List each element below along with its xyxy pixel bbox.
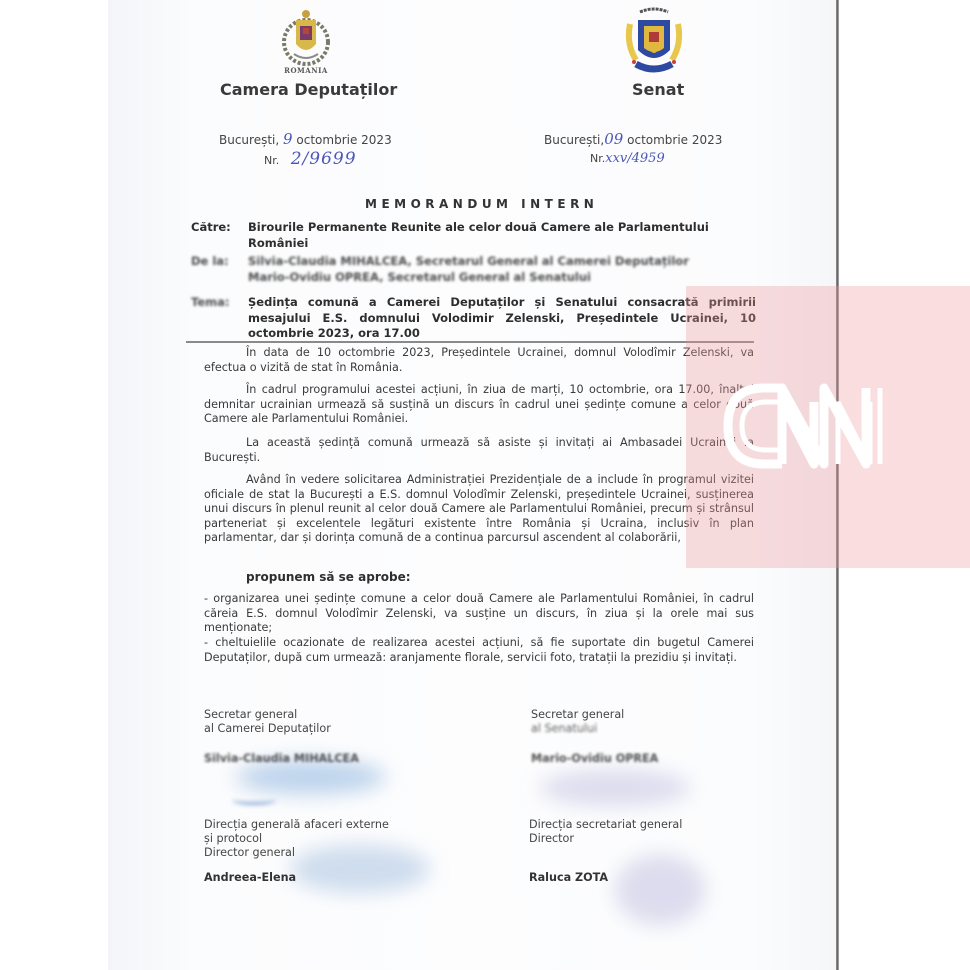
- date-camera: București, 9 octombrie 2023: [219, 130, 392, 148]
- proposal-heading: propunem să se aprobe:: [246, 570, 411, 584]
- institution-senat: Senat: [632, 80, 684, 99]
- handwritten-day: 9: [283, 130, 293, 148]
- proposal-item: - cheltuielile ocazionate de realizarea …: [204, 636, 754, 665]
- paragraph: În cadrul programului acestei acțiuni, î…: [204, 383, 754, 427]
- handwritten-number: xxv/4959: [605, 151, 664, 166]
- institution-camera-deputatilor: Camera Deputaților: [220, 80, 397, 99]
- paragraph: La această ședință comună urmează să asi…: [204, 436, 754, 465]
- tema-value: Ședința comună a Camerei Deputaților și …: [248, 295, 756, 342]
- director-title-camera: Direcția generală afaceri externe și pro…: [204, 818, 389, 860]
- logo-caption: ROMANIA: [276, 66, 336, 75]
- cnn-logo-icon: [720, 378, 930, 474]
- signatory-name-camera: Silvia-Claudia MIHALCEA: [204, 752, 359, 766]
- cnn-watermark: [686, 286, 970, 568]
- separator-line: [186, 341, 754, 343]
- handwritten-number: 2/9699: [291, 149, 357, 169]
- signatory-title-camera: Secretar general al Camerei Deputaților: [204, 708, 331, 736]
- signatory-title-senat: Secretar general al Senatului: [531, 708, 624, 736]
- romania-coat-of-arms-icon: [276, 6, 336, 74]
- catre-label: Către:: [191, 220, 231, 234]
- signatory-name-senat: Mario-Ovidiu OPREA: [531, 752, 658, 766]
- registration-number-camera: Nr. 2/9699: [264, 149, 357, 169]
- paragraph: Având în vedere solicitarea Administrați…: [204, 473, 754, 546]
- senat-coat-of-arms-icon: [622, 4, 686, 78]
- signature-stroke: [232, 795, 276, 805]
- tema-label: Tema:: [191, 295, 229, 309]
- director-name-camera: Andreea-Elena: [204, 871, 296, 885]
- paragraph: În data de 10 octombrie 2023, Președinte…: [204, 346, 754, 375]
- signature-blur: [540, 770, 690, 806]
- catre-value: Birourile Permanente Reunite ale celor d…: [248, 220, 768, 251]
- date-senat: București,09 octombrie 2023: [544, 130, 722, 148]
- proposal-item: - organizarea unei ședințe comune a celo…: [204, 592, 754, 636]
- dela-value: Silvia-Claudia MIHALCEA, Secretarul Gene…: [248, 254, 768, 285]
- director-name-senat: Raluca ZOTA: [529, 871, 608, 885]
- handwritten-day: 09: [604, 130, 623, 148]
- signature-blur: [615, 855, 705, 925]
- registration-number-senat: Nr.xxv/4959: [590, 151, 665, 166]
- director-title-senat: Direcția secretariat general Director: [529, 818, 682, 846]
- memo-title: MEMORANDUM INTERN: [365, 197, 598, 211]
- dela-label: De la:: [191, 254, 229, 268]
